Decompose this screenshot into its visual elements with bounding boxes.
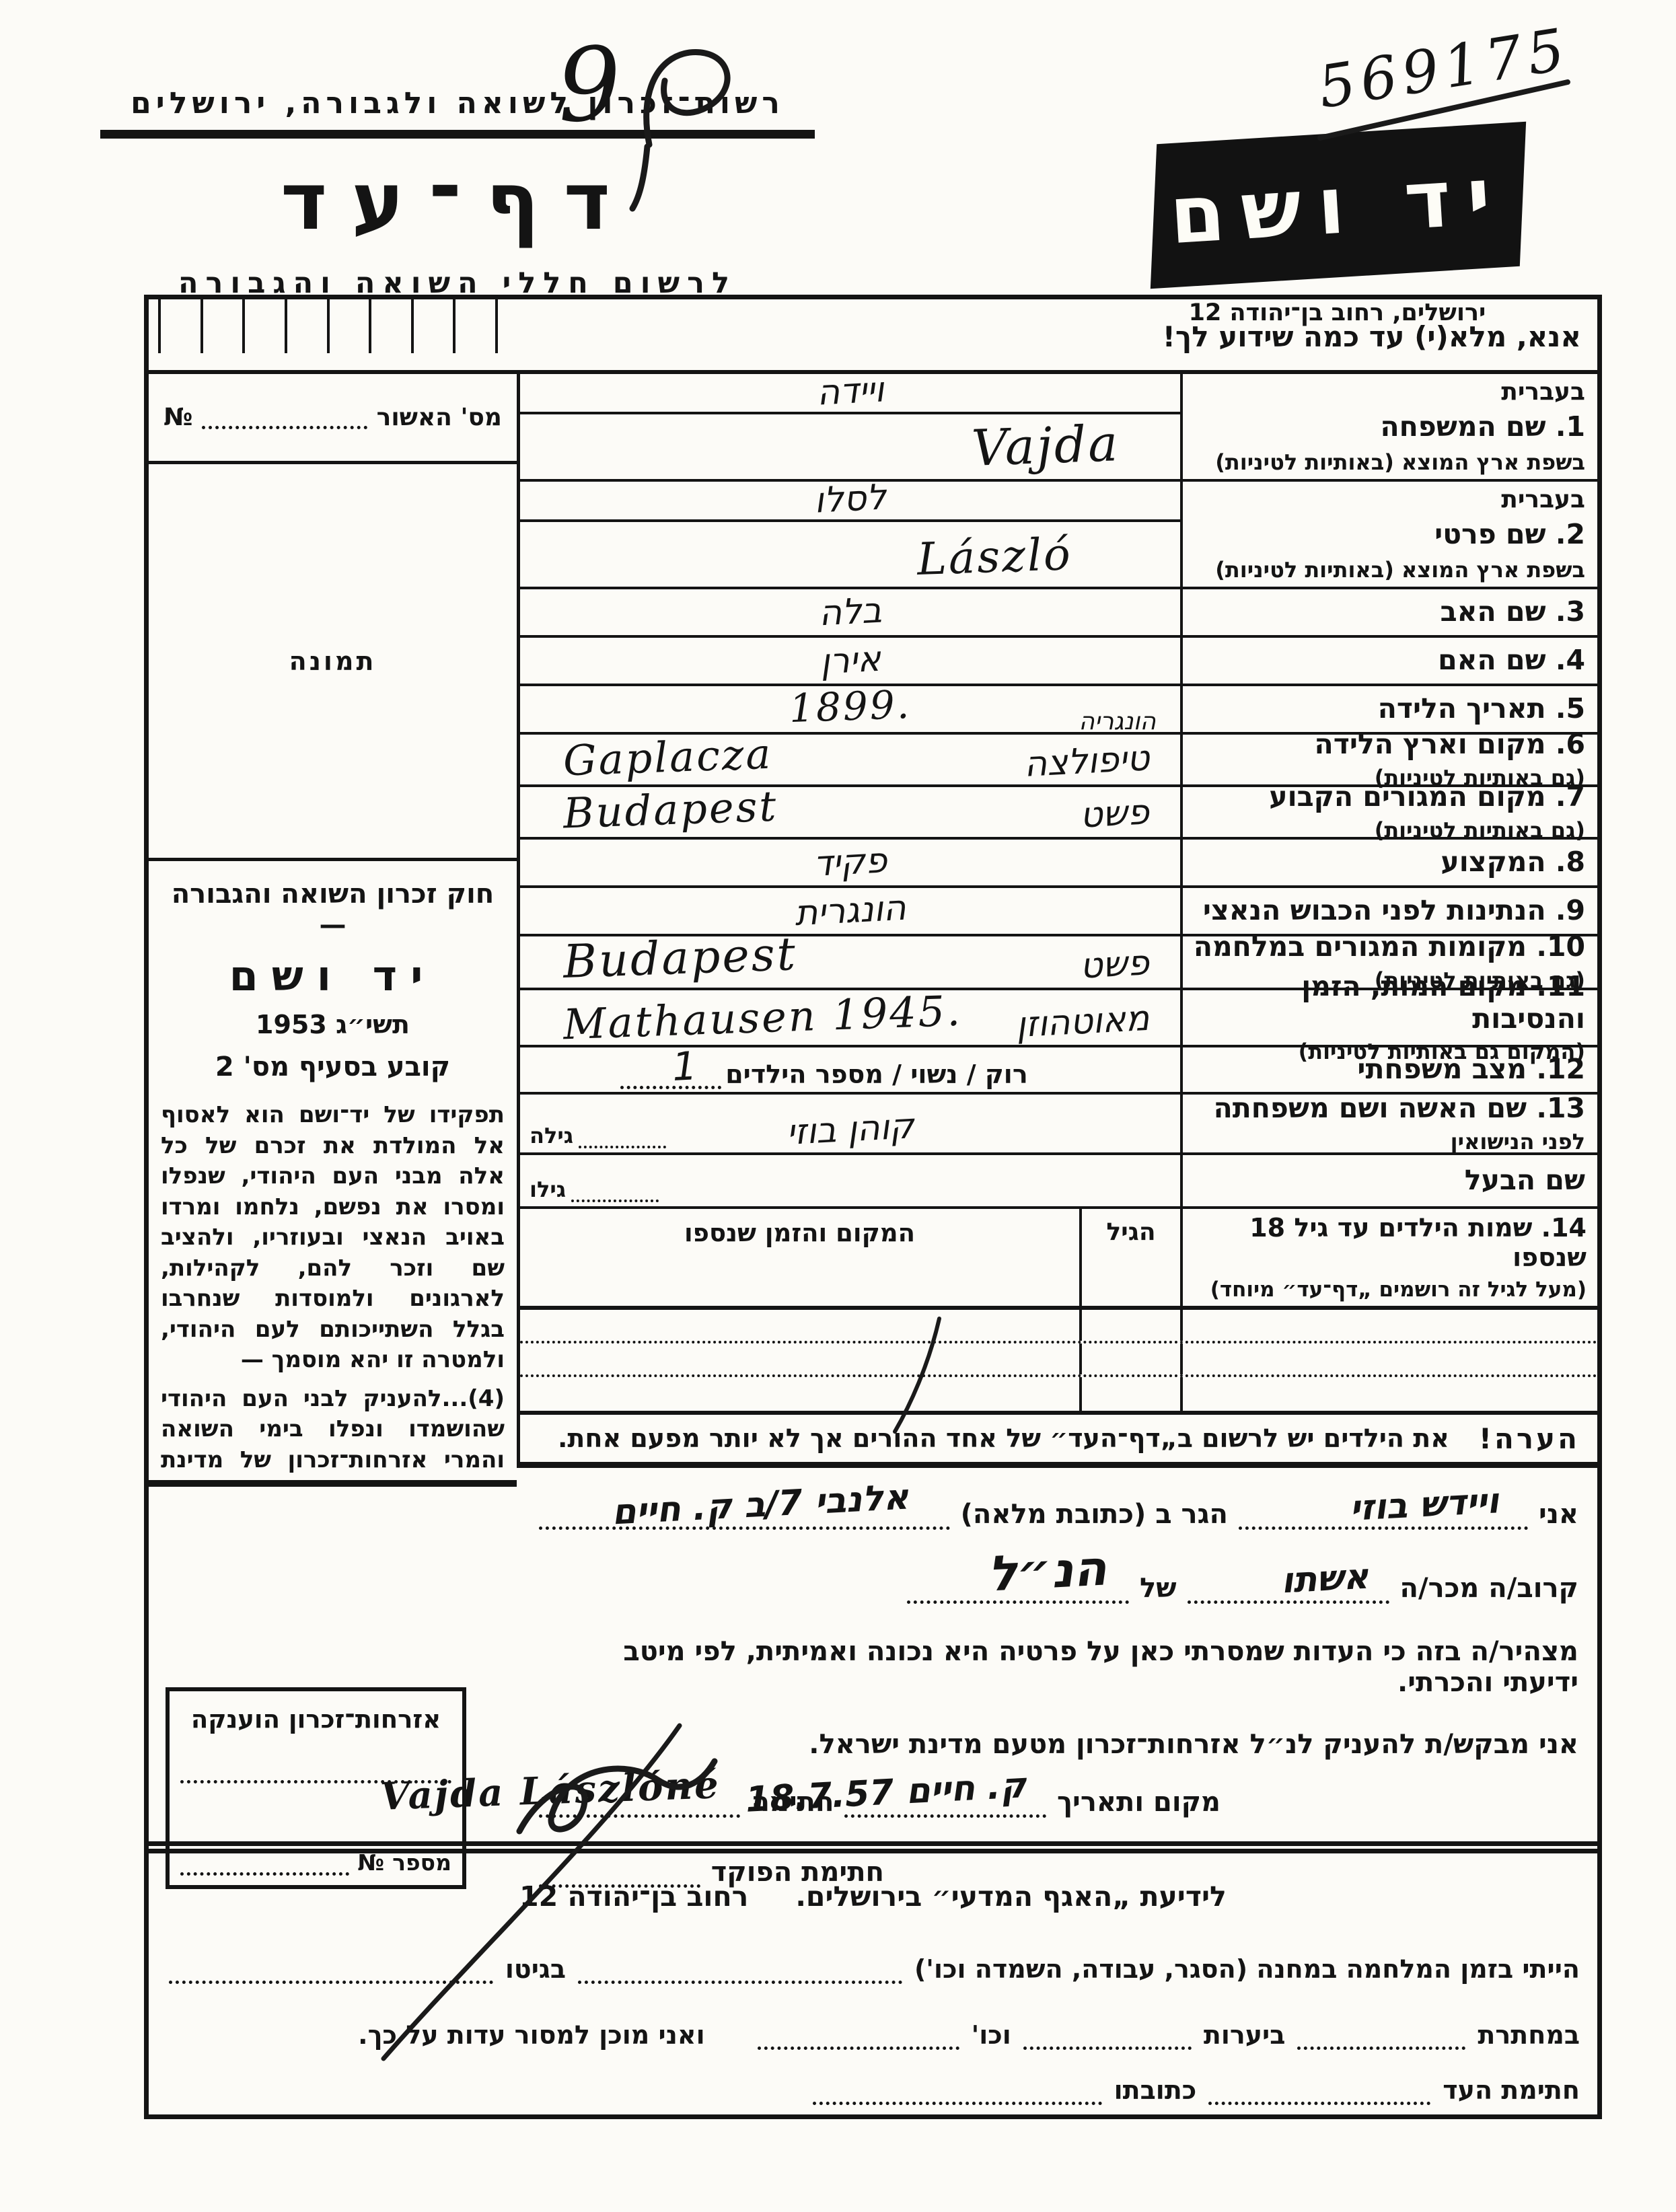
children-table-row [520,1343,1597,1377]
witness-signature-blank [1208,2096,1430,2105]
children-table-row [520,1310,1597,1343]
request-text: אני מבקש/ת להעניק לנ״ל אזרחות־זכרון מטעם… [520,1729,1597,1760]
ghetto-label: בגיטו [505,1954,566,1984]
registration-ticks [158,299,498,353]
husband-name-label: שם הבעל [1188,1165,1585,1196]
field-12-label: 12. מצב משפחתי [1188,1054,1585,1085]
field-3-label: 3. שם האב [1188,596,1585,628]
relation-label: קרוב/ה מכר/ה [1400,1573,1578,1604]
photo-label: תמונה [289,647,377,676]
note-text: את הילדים יש לרשום ב„דף־העד״ של אחד ההור… [558,1424,1449,1453]
law-paragraph-2: ‎...‎(4)להעניק לבני העם היהודי שהושמדו ו… [161,1384,505,1487]
witness-address-label: כתובתו [1114,2075,1197,2105]
field-2-hebrew-label: בעברית [1188,486,1585,513]
of-handwriting: הנ״ל [986,1539,1108,1602]
underground-label: במחתרת [1478,2020,1580,2050]
underground-blank [1297,2040,1465,2050]
declaration-text: מצהיר/ה בזה כי העדות שמסרתי כאן על פרטיה… [520,1636,1597,1698]
field-8-label: 8. המקצוע [1188,846,1585,878]
father-name-handwriting: בלה [817,591,883,634]
header-rule [100,130,815,139]
her-age-label: גילה [530,1123,573,1148]
photo-placeholder: תמונה [149,464,517,861]
field-2-label: 2. שם פרטי [1188,519,1585,550]
section-divider-double-rule [149,1841,1597,1853]
yad-vashem-logo: יד ושם [1151,122,1526,289]
field-row-husband-name: שם הבעל גילו [520,1155,1597,1209]
relation-line-blank: אשתו [1188,1594,1389,1604]
field-row-profession: 8. המקצוע פקיד [520,840,1597,888]
his-age-label: גילו [530,1177,566,1202]
i-label: אני [1539,1499,1578,1530]
yad-vashem-logo-text: יד ושם [1167,149,1510,262]
profession-handwriting: פקיד [812,840,887,885]
field-7-sublabel: (גם באותיות לטיניות) [1188,817,1585,843]
declarant-line: אני ויידש בוזי הגר ב (כתובת מלאה) אלנבי … [520,1499,1597,1530]
field-14-sublabel: (מעל לגיל זה רושמים „דף־עד״ מיוחד) [1194,1278,1587,1302]
left-column: מס' האשור № תמונה חוק זכרון השואה והגבור… [149,374,517,1845]
age-column-header: הגיל [1079,1209,1180,1306]
fields-region: בעברית 1. שם המשפחה בשפת ארץ המוצא (באות… [520,374,1597,1468]
top-strip: אנא, מלא(י) עד כמה שידוע לך! [149,299,1597,374]
field-row-marital-status: 12. מצב משפחתי רוק / נשוי / מספר הילדים … [520,1047,1597,1095]
witness-section: אני ויידש בוזי הגר ב (כתובת מלאה) אלנבי … [520,1468,1597,1841]
note-label: הערה! [1479,1422,1580,1455]
mother-name-handwriting: אירן [819,639,881,683]
approval-number-cell: מס' האשור № [149,374,517,464]
birth-place-latin-handwriting: Gaplacza [562,729,774,786]
her-age-line [579,1132,666,1148]
field-row-birth-place: 6. מקום וארץ הלידה (גם באותיות לטיניות) … [520,735,1597,787]
field-6-label: 6. מקום וארץ הלידה [1188,729,1585,760]
field-5-label: 5. תאריך הלידה [1188,693,1585,725]
witness-signature-line: חתימת העד כתובתו [431,2075,1580,2105]
place-column-header: המקום והזמן שנספו [520,1209,1079,1306]
etc-blank [758,2040,959,2050]
field-row-permanent-residence: 7. מקום המגורים הקבוע (גם באותיות לטיניו… [520,787,1597,840]
field-11-label: 11. מקום המות, הזמן והנסיבות [1188,971,1585,1034]
place-date-handwriting: ק. חיים 18.7.57 [744,1765,1027,1820]
file-number-handwriting: 569175 [1313,15,1574,122]
relation-line: קרוב/ה מכר/ה אשתו של הנ״ל [520,1573,1597,1604]
wartime-residence-hebrew-handwriting: פשט [1079,943,1150,986]
place-date-label: מקום ותאריך [1057,1787,1220,1818]
birth-country-handwriting: הונגריה [1079,708,1156,735]
ghetto-blank [169,1975,493,1984]
law-logo-text: יד ושם [161,951,505,1000]
witness-signature-label: חתימת העד [1443,2075,1580,2105]
camp-label: הייתי בזמן המלחמה במחנה (הסגר, עבודה, הש… [914,1954,1580,1984]
form-title: דף־עד [100,161,815,241]
field-1-sublabel: בשפת ארץ המוצא (באותיות לטיניות) [1188,449,1585,475]
field-row-family-name: בעברית 1. שם המשפחה בשפת ארץ המוצא (באות… [520,374,1597,482]
field-13-sublabel: לפני הנישואין [1188,1129,1585,1154]
declarant-name-line: ויידש בוזי [1239,1520,1528,1530]
birth-place-hebrew-handwriting: טיפולצה [1023,738,1150,785]
children-table-row [520,1377,1597,1411]
law-sidebar: חוק זכרון השואה והגבורה — יד ושם תשי״ג 1… [149,861,517,1487]
of-line-blank: הנ״ל [907,1594,1129,1604]
family-name-latin-handwriting: Vajda [970,414,1120,478]
law-paragraph: תפקידו של יד־ושם הוא לאסוף אל המולדת את … [161,1100,505,1376]
field-14-label: 14. שמות הילדים עד גיל 18 שנספו [1194,1213,1587,1272]
citizenship-box-title: אזרחות־זכרון הוענקה [180,1705,451,1734]
approval-no-symbol: № [163,404,192,431]
forests-label: ביערות [1204,2020,1286,2050]
camp-line: הייתי בזמן המלחמה במחנה (הסגר, עבודה, הש… [169,1954,1580,1984]
relation-handwriting: אשתו [1280,1557,1370,1602]
birth-date-handwriting: 1899. [789,681,912,731]
header-block: רשות־זכרון לשואה ולגבורה, ירושלים דף־עד … [100,86,815,300]
wartime-residence-latin-handwriting: Budapest [562,928,798,989]
law-year: תשי״ג 1953 [161,1010,505,1039]
field-row-mother-name: 4. שם האם אירן [520,638,1597,686]
approval-number-line [202,406,367,429]
field-7-label: 7. מקום המגורים הקבוע [1188,781,1585,813]
citizenship-handwriting: הונגרית [793,888,906,934]
camp-blank [578,1975,902,1984]
field-9-label: 9. הנתינות לפני הכבוש הנאצי [1188,895,1585,926]
declarant-address-line: אלנבי 7/ב ק. חיים [539,1520,950,1530]
of-label: של [1140,1573,1177,1604]
etc-label: וכו' [972,2020,1011,2050]
residence-hebrew-handwriting: פשט [1079,792,1150,836]
residence-latin-handwriting: Budapest [562,781,779,838]
first-name-hebrew-handwriting: לסלו [813,477,887,521]
his-age-line [571,1186,659,1202]
bottom-title: לידיעת „האגף המדעי״ בירושלים.רחוב בן־יהו… [149,1880,1597,1913]
field-row-citizenship: 9. הנתינות לפני הכבוש הנאצי הונגרית [520,888,1597,936]
org-line: רשות־זכרון לשואה ולגבורה, ירושלים [100,86,815,120]
form-frame: אנא, מלא(י) עד כמה שידוע לך! מס' האשור №… [144,295,1602,2119]
fill-instruction: אנא, מלא(י) עד כמה שידוע לך! [1163,299,1581,374]
ready-to-testify-label: ואני מוכן למסור עדות על כך. [358,2020,704,2050]
page-of-testimony-document: 9 רשות־זכרון לשואה ולגבורה, ירושלים דף־ע… [0,0,1676,2212]
place-date-signature-line: מקום ותאריך ק. חיים 18.7.57 חתימה Vajda … [520,1787,1597,1818]
field-row-father-name: 3. שם האב בלה [520,589,1597,638]
place-of-death-hebrew-handwriting: מאוטהוזן [1015,998,1150,1045]
family-name-hebrew-handwriting: ויידה [815,369,885,413]
wife-name-handwriting: קוהן בוזי [785,1106,914,1153]
children-count-line [620,1065,721,1089]
approval-number-label: מס' האשור [377,404,502,431]
forests-blank [1023,2040,1192,2050]
field-10-label: 10. מקומות המגורים במלחמה [1188,931,1585,963]
underground-line: במחתרת ביערות וכו' ואני מוכן למסור עדות … [169,2020,1580,2050]
place-date-blank: ק. חיים 18.7.57 [844,1808,1046,1818]
field-4-label: 4. שם האם [1188,644,1585,676]
field-2-sublabel: בשפת ארץ המוצא (באותיות לטיניות) [1188,557,1585,583]
field-13-label: 13. שם האשה ושם משפחתה [1188,1093,1585,1124]
note-row: הערה! את הילדים יש לרשום ב„דף־העד״ של אח… [520,1411,1597,1468]
field-row-birth-date: 5. תאריך הלידה 1899. [520,686,1597,735]
first-name-latin-handwriting: László [916,528,1073,585]
marital-status-options: רוק / נשוי / מספר הילדים [725,1060,1028,1089]
scientific-branch-section: לידיעת „האגף המדעי״ בירושלים.רחוב בן־יהו… [149,1853,1597,2114]
children-count-handwriting: 1 [671,1043,698,1090]
witness-address-blank [813,2096,1102,2105]
field-1-hebrew-label: בעברית [1188,378,1585,406]
field-row-first-name: בעברית 2. שם פרטי בשפת ארץ המוצא (באותיו… [520,482,1597,589]
declarant-name-handwriting: ויידש בוזי [1349,1481,1500,1529]
field-row-wife-name: 13. שם האשה ושם משפחתה לפני הנישואין קוה… [520,1095,1597,1155]
declarant-address-handwriting: אלנבי 7/ב ק. חיים [611,1477,910,1533]
law-title: חוק זכרון השואה והגבורה — [161,879,505,941]
signature-blank: Vajda Lászlóné [539,1808,740,1818]
field-1-label: 1. שם המשפחה [1188,411,1585,443]
law-clause: קובע בסעיף מס' 2 [161,1052,505,1082]
resides-label: הגר ב (כתובת מלאה) [961,1499,1228,1530]
children-table-header: 14. שמות הילדים עד גיל 18 שנספו (מעל לגי… [520,1209,1597,1310]
place-of-death-latin-handwriting: Mathausen 1945. [562,986,963,1049]
field-row-place-of-death: 11. מקום המות, הזמן והנסיבות (המקום גם ב… [520,990,1597,1047]
